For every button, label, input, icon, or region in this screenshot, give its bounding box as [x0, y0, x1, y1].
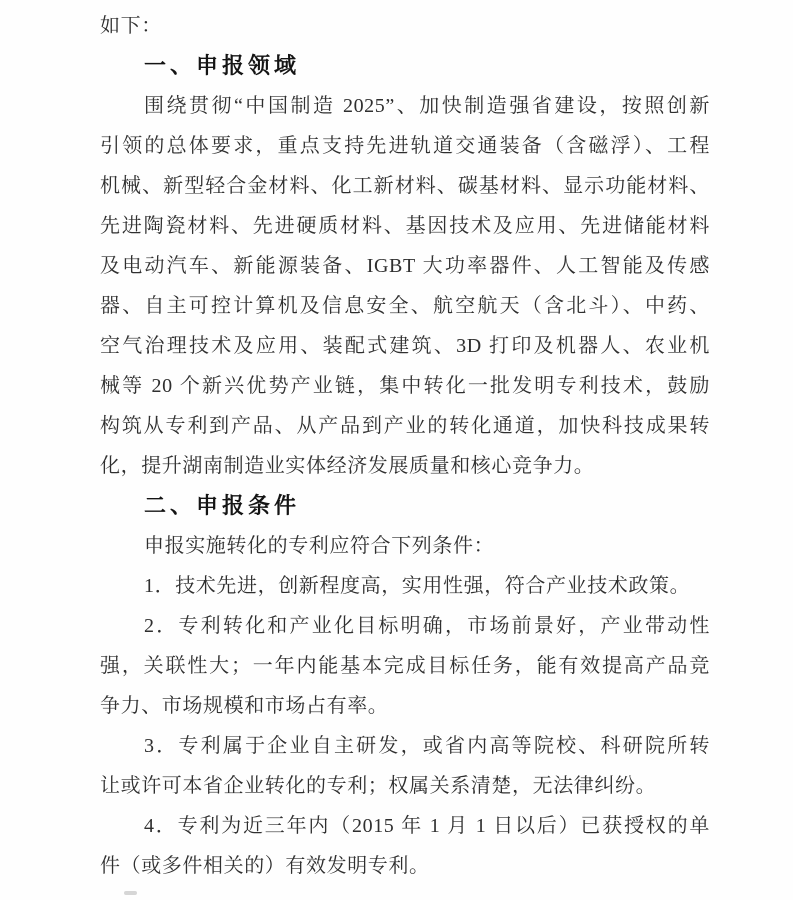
paragraph-line: 件（或多件相关的）有效发明专利。 [100, 846, 710, 886]
paragraph-line: 化，提升湖南制造业实体经济发展质量和核心竞争力。 [100, 446, 710, 486]
paragraph-line: 3．专利属于企业自主研发，或省内高等院校、科研院所转 [100, 726, 710, 766]
paragraph-line: 械等 20 个新兴优势产业链，集中转化一批发明专利技术，鼓励 [100, 366, 710, 406]
intro-line: 如下： [100, 6, 710, 46]
paragraph-line: 及电动汽车、新能源装备、IGBT 大功率器件、人工智能及传感 [100, 246, 710, 286]
paragraph-line: 让或许可本省企业转化的专利；权属关系清楚，无法律纠纷。 [100, 766, 710, 806]
paragraph-line: 争力、市场规模和市场占有率。 [100, 686, 710, 726]
paragraph-line: 引领的总体要求，重点支持先进轨道交通装备（含磁浮）、工程 [100, 126, 710, 166]
paragraph-line: 器、自主可控计算机及信息安全、航空航天（含北斗）、中药、 [100, 286, 710, 326]
paragraph-line: 构筑从专利到产品、从产品到产业的转化通道，加快科技成果转 [100, 406, 710, 446]
paragraph-line: 4．专利为近三年内（2015 年 1 月 1 日以后）已获授权的单 [100, 806, 710, 846]
paragraph-line: 机械、新型轻合金材料、化工新材料、碳基材料、显示功能材料、 [100, 166, 710, 206]
paragraph-line: 空气治理技术及应用、装配式建筑、3D 打印及机器人、农业机 [100, 326, 710, 366]
paragraph-line: 申报实施转化的专利应符合下列条件： [100, 526, 710, 566]
paragraph-line: 强，关联性大；一年内能基本完成目标任务，能有效提高产品竞 [100, 646, 710, 686]
document-page: 如下： 一、申报领域围绕贯彻“中国制造 2025”、加快制造强省建设，按照创新引… [0, 0, 793, 900]
paragraph-line: 1．技术先进，创新程度高，实用性强，符合产业技术政策。 [100, 566, 710, 606]
paragraph-line: 先进陶瓷材料、先进硬质材料、基因技术及应用、先进储能材料 [100, 206, 710, 246]
scan-artifact [124, 891, 137, 895]
section-heading: 一、申报领域 [100, 46, 710, 86]
section-heading: 二、申报条件 [100, 486, 710, 526]
paragraph-line: 围绕贯彻“中国制造 2025”、加快制造强省建设，按照创新 [100, 86, 710, 126]
paragraph-line: 2．专利转化和产业化目标明确，市场前景好，产业带动性 [100, 606, 710, 646]
document-content: 如下： 一、申报领域围绕贯彻“中国制造 2025”、加快制造强省建设，按照创新引… [100, 6, 710, 886]
document-blocks: 一、申报领域围绕贯彻“中国制造 2025”、加快制造强省建设，按照创新引领的总体… [100, 46, 710, 886]
